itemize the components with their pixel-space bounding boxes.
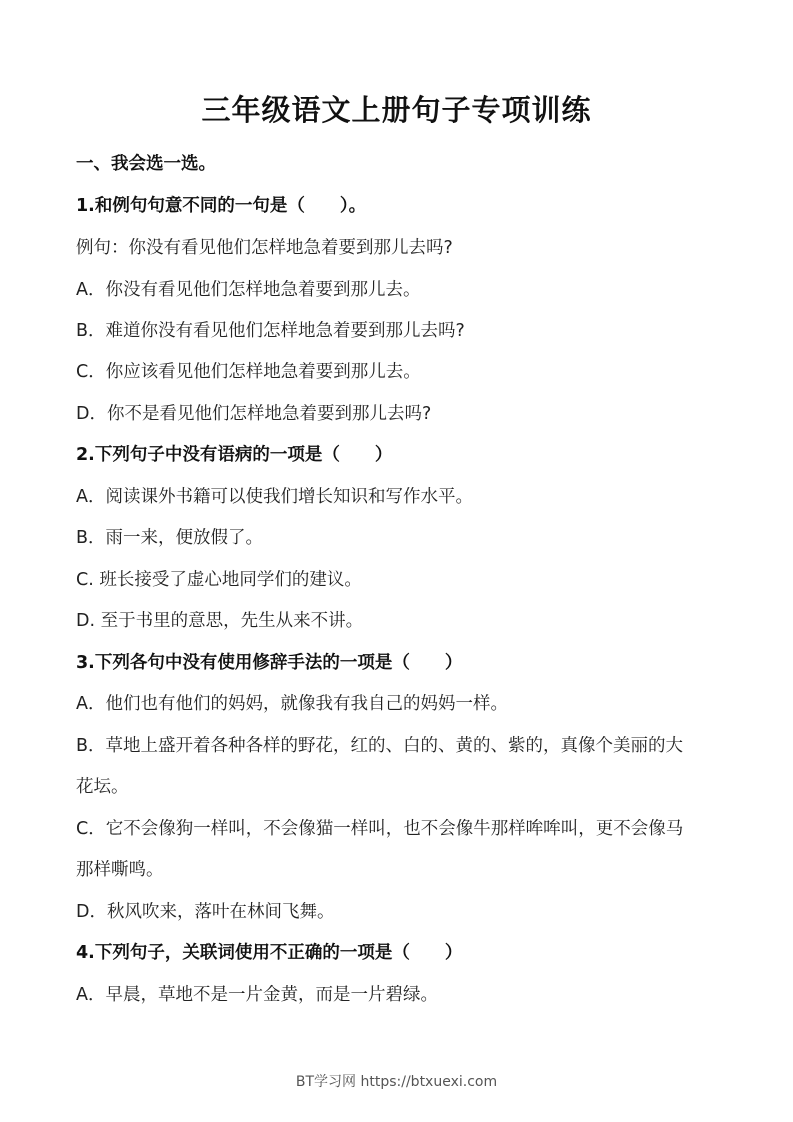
question-1-option-d: D．你不是看见他们怎样地急着要到那儿去吗?: [76, 400, 431, 425]
question-2-option-b: B．雨一来，便放假了。: [76, 524, 263, 549]
question-3-option-b: B．草地上盛开着各种各样的野花，红的、白的、黄的、紫的，真像个美丽的大: [76, 732, 683, 757]
question-3-option-b-cont: 花坛。: [76, 773, 129, 798]
question-2-option-c: C. 班长接受了虚心地同学们的建议。: [76, 566, 362, 591]
question-3-option-d: D．秋风吹来，落叶在林间飞舞。: [76, 898, 334, 923]
question-3-option-c-cont: 那样嘶鸣。: [76, 856, 164, 881]
question-3-option-a: A．他们也有他们的妈妈，就像我有我自己的妈妈一样。: [76, 690, 508, 715]
question-2-stem: 2.下列句子中没有语病的一项是（ ）: [76, 441, 392, 466]
question-4-option-a: A．早晨，草地不是一片金黄，而是一片碧绿。: [76, 981, 438, 1006]
section-heading: 一、我会选一选。: [76, 150, 216, 175]
question-3-option-c: C．它不会像狗一样叫，不会像猫一样叫，也不会像牛那样哞哞叫，更不会像马: [76, 815, 683, 840]
question-4-stem: 4.下列句子，关联词使用不正确的一项是（ ）: [76, 939, 462, 964]
question-1-option-b: B．难道你没有看见他们怎样地急着要到那儿去吗?: [76, 317, 465, 342]
question-1-option-a: A．你没有看见他们怎样地急着要到那儿去。: [76, 276, 420, 301]
question-2-option-a: A．阅读课外书籍可以使我们增长知识和写作水平。: [76, 483, 473, 508]
question-3-stem: 3.下列各句中没有使用修辞手法的一项是（ ）: [76, 649, 462, 674]
footer-watermark: BT学习网 https://btxuexi.com: [0, 1071, 793, 1091]
question-1-example: 例句：你没有看见他们怎样地急着要到那儿去吗?: [76, 234, 453, 259]
question-1-stem: 1.和例句句意不同的一句是（ ）。: [76, 192, 366, 217]
question-1-option-c: C．你应该看见他们怎样地急着要到那儿去。: [76, 358, 421, 383]
question-2-option-d: D. 至于书里的意思，先生从来不讲。: [76, 607, 363, 632]
document-title: 三年级语文上册句子专项训练: [0, 88, 793, 129]
